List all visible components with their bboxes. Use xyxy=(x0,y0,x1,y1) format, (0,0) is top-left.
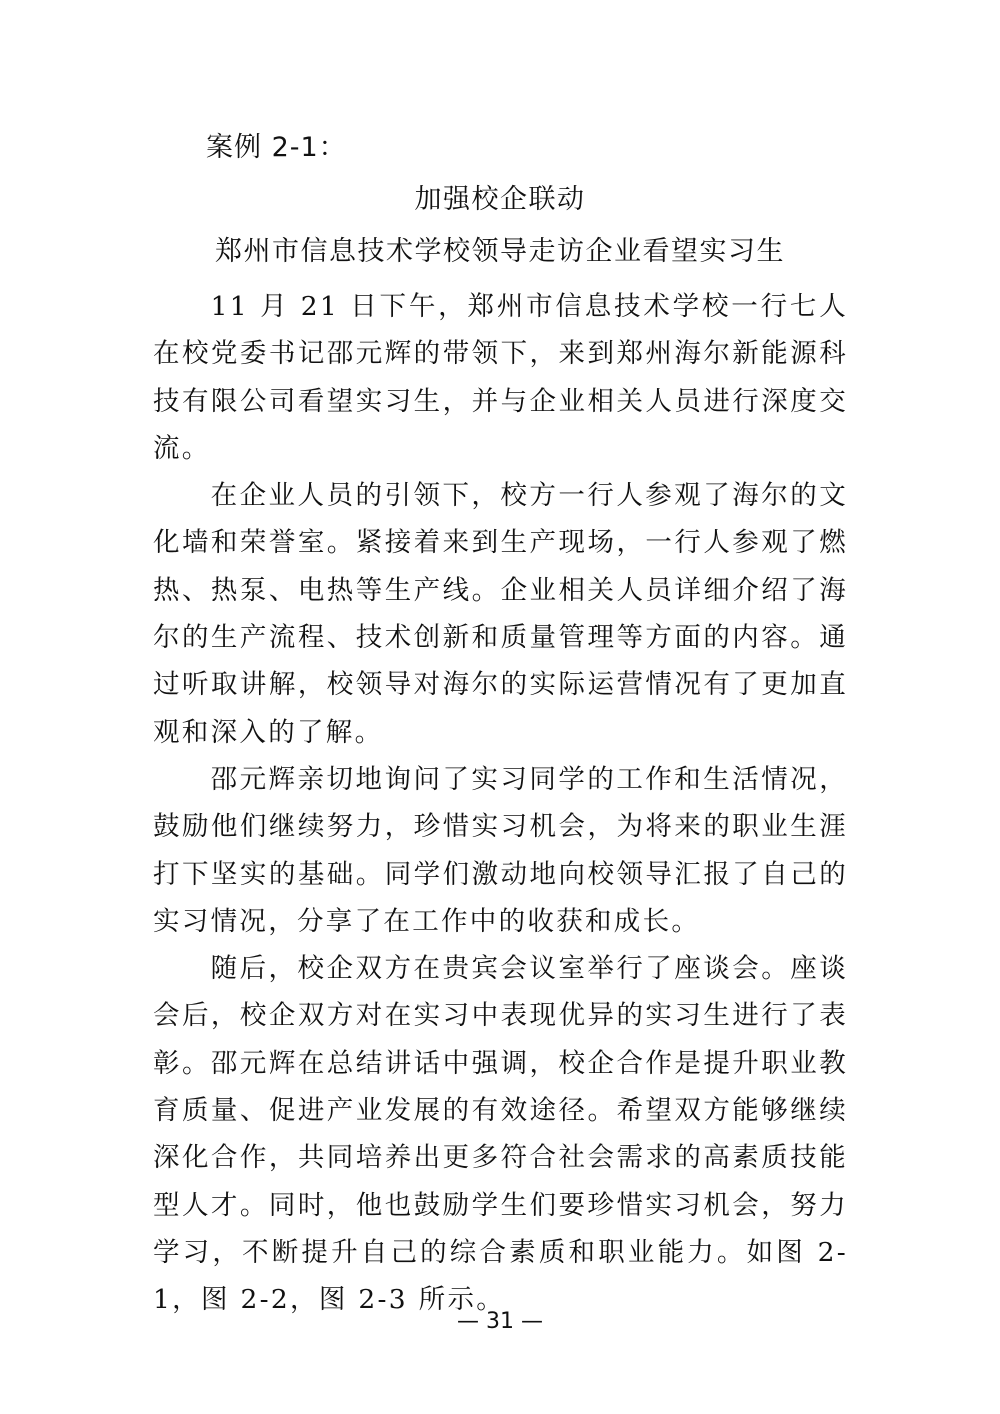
paragraph-symposium: 随后，校企双方在贵宾会议室举行了座谈会。座谈会后，校企双方对在实习中表现优异的实… xyxy=(153,945,848,1323)
case-label: 案例 2-1： xyxy=(206,128,347,168)
article-title: 加强校企联动 xyxy=(150,180,850,220)
document-page: 案例 2-1： 加强校企联动 郑州市信息技术学校领导走访企业看望实习生 11 月… xyxy=(0,0,1000,1414)
article-subtitle: 郑州市信息技术学校领导走访企业看望实习生 xyxy=(150,232,850,272)
page-number: — 31 — xyxy=(0,1306,1000,1338)
paragraph-factory-tour: 在企业人员的引领下，校方一行人参观了海尔的文化墙和荣誉室。紧接着来到生产现场，一… xyxy=(153,472,848,756)
paragraph-visit-intro: 11 月 21 日下午，郑州市信息技术学校一行七人在校党委书记邵元辉的带领下，来… xyxy=(153,283,848,472)
paragraph-student-talk: 邵元辉亲切地询问了实习同学的工作和生活情况，鼓励他们继续努力，珍惜实习机会，为将… xyxy=(153,756,848,945)
article-body: 11 月 21 日下午，郑州市信息技术学校一行七人在校党委书记邵元辉的带领下，来… xyxy=(153,283,848,1324)
